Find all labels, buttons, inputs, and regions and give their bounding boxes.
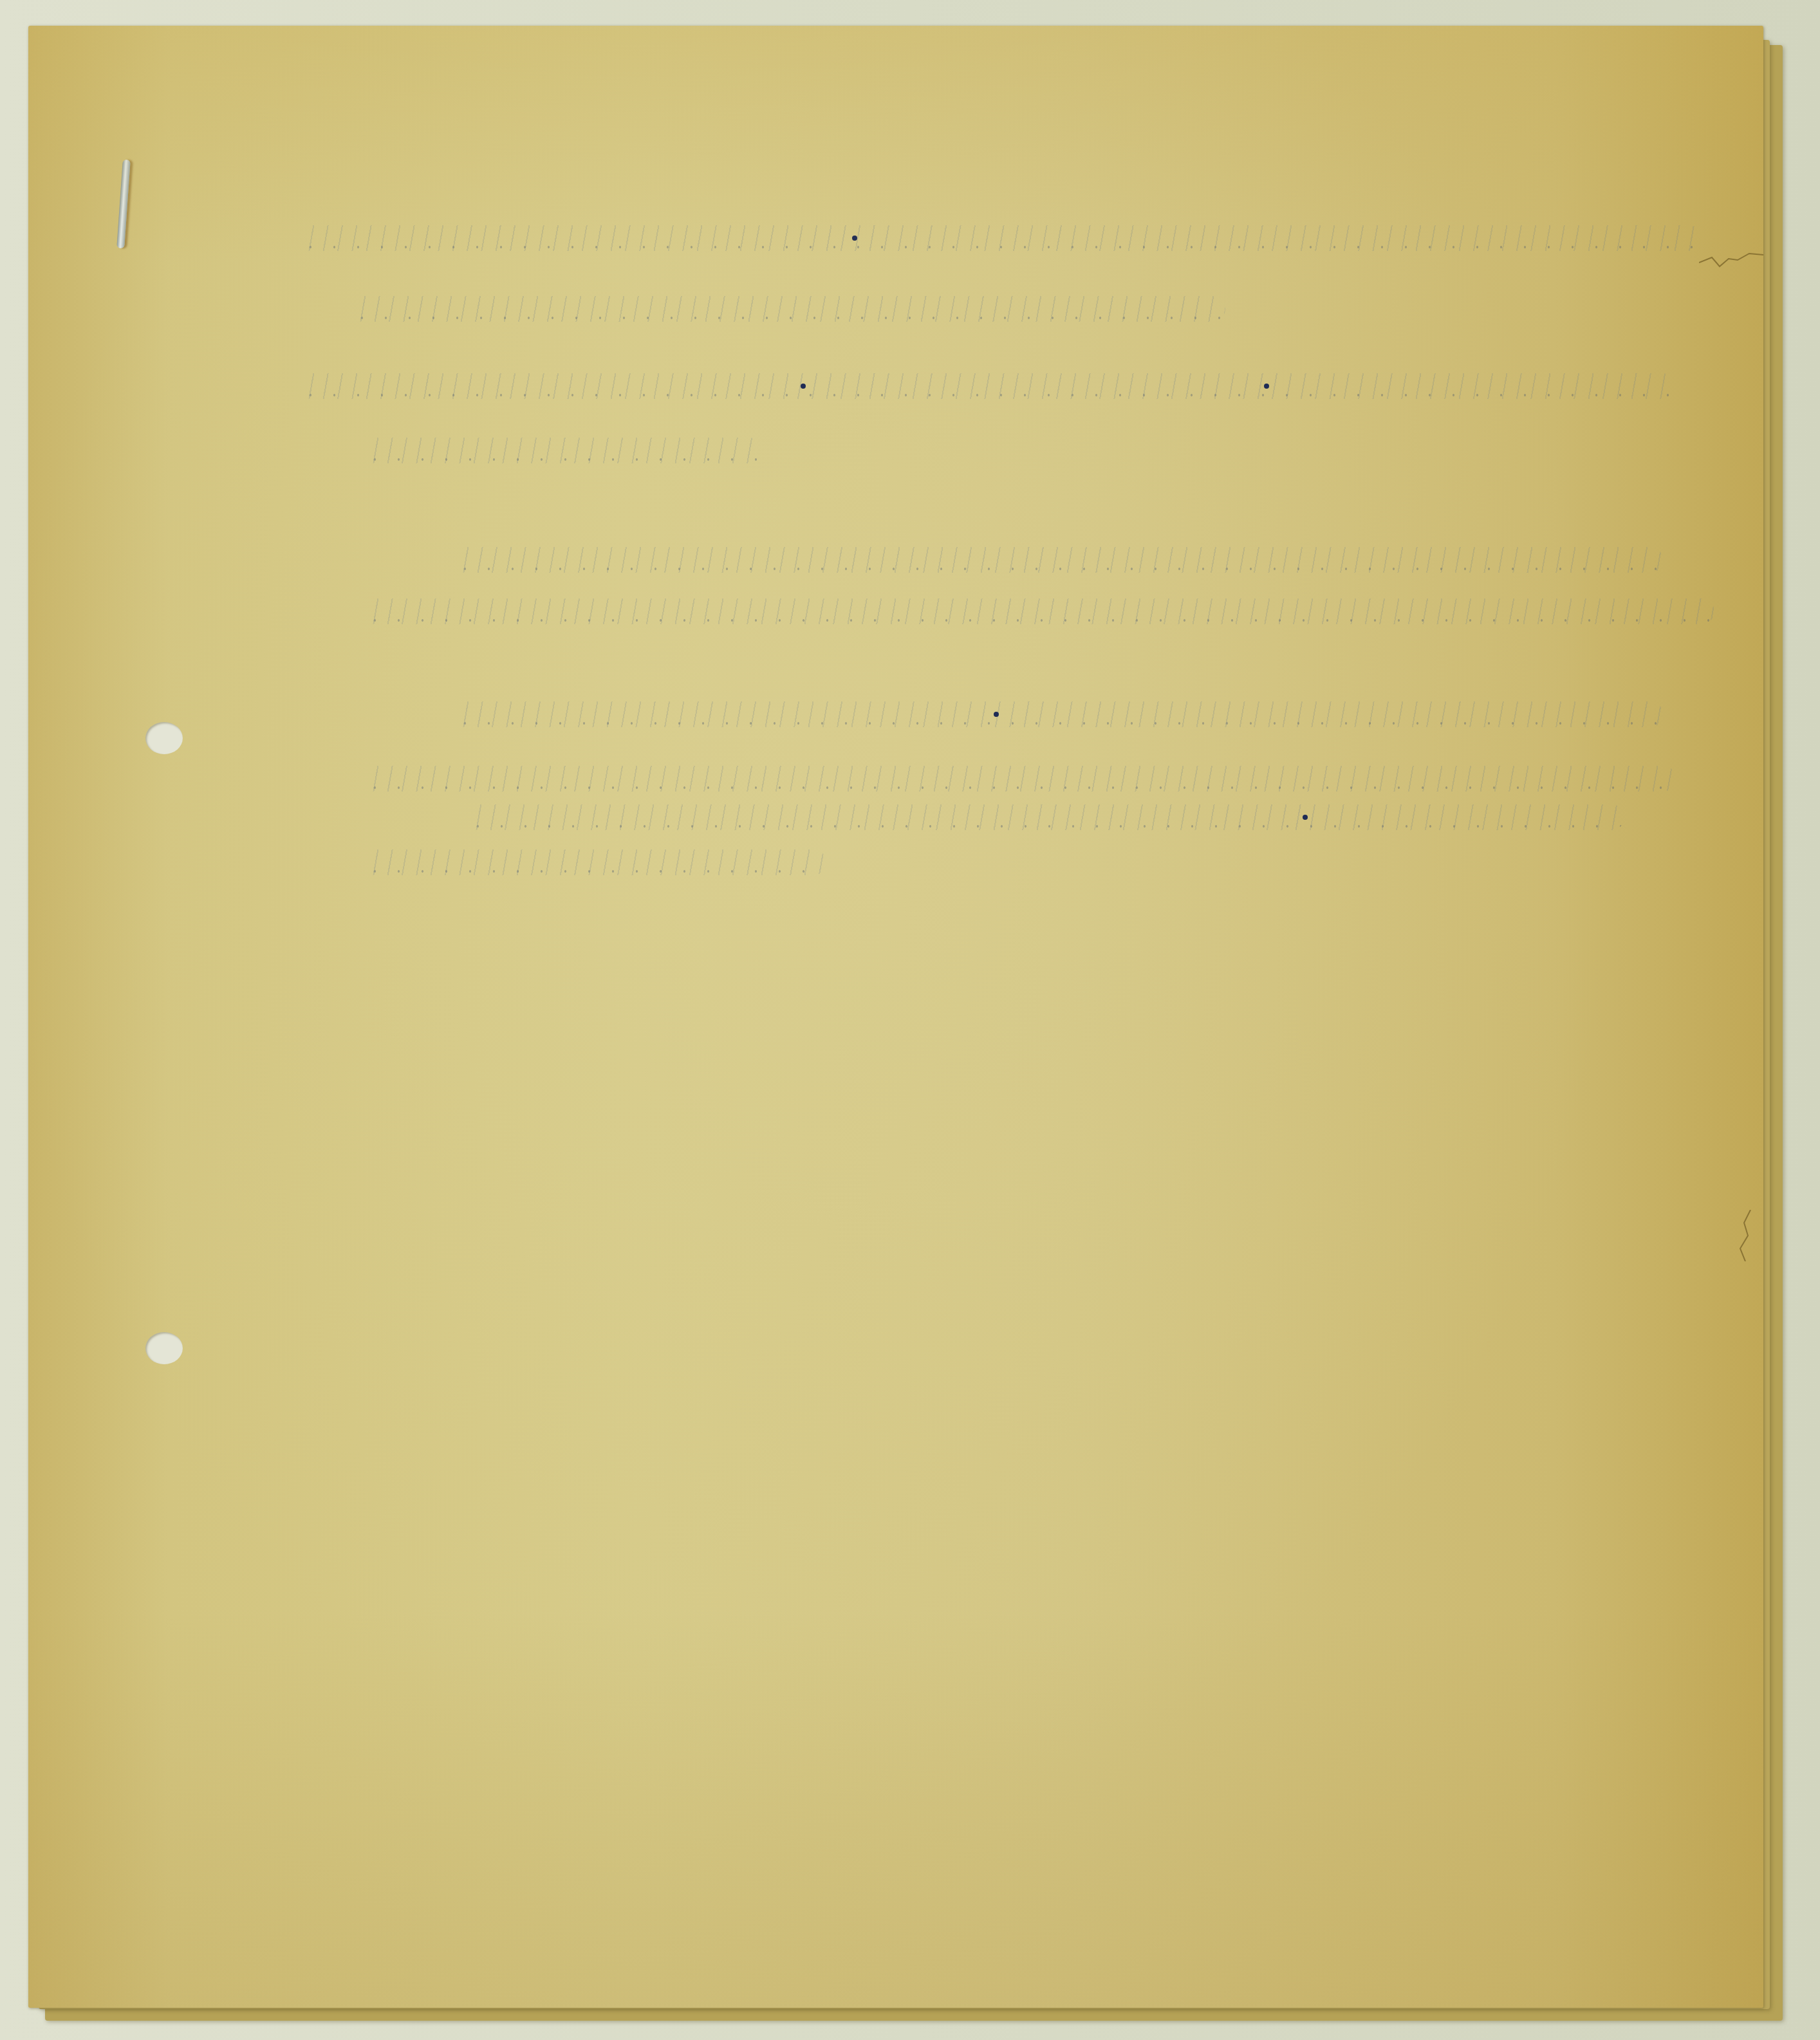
handwritten-line <box>350 296 1225 322</box>
punch-hole <box>145 1332 183 1364</box>
handwritten-line <box>453 701 1663 727</box>
torn-edge <box>1699 1210 1763 1261</box>
handwritten-line <box>453 547 1663 573</box>
handwritten-line <box>363 766 1676 792</box>
document-page <box>28 26 1763 2008</box>
handwritten-line <box>363 438 762 463</box>
handwritten-line <box>299 225 1702 251</box>
handwritten-line <box>466 804 1624 830</box>
staple-icon <box>116 160 131 249</box>
punch-hole <box>145 722 183 754</box>
handwritten-line <box>363 598 1714 624</box>
handwritten-line <box>299 373 1676 399</box>
handwritten-line <box>363 849 826 875</box>
torn-edge <box>1699 245 1763 270</box>
